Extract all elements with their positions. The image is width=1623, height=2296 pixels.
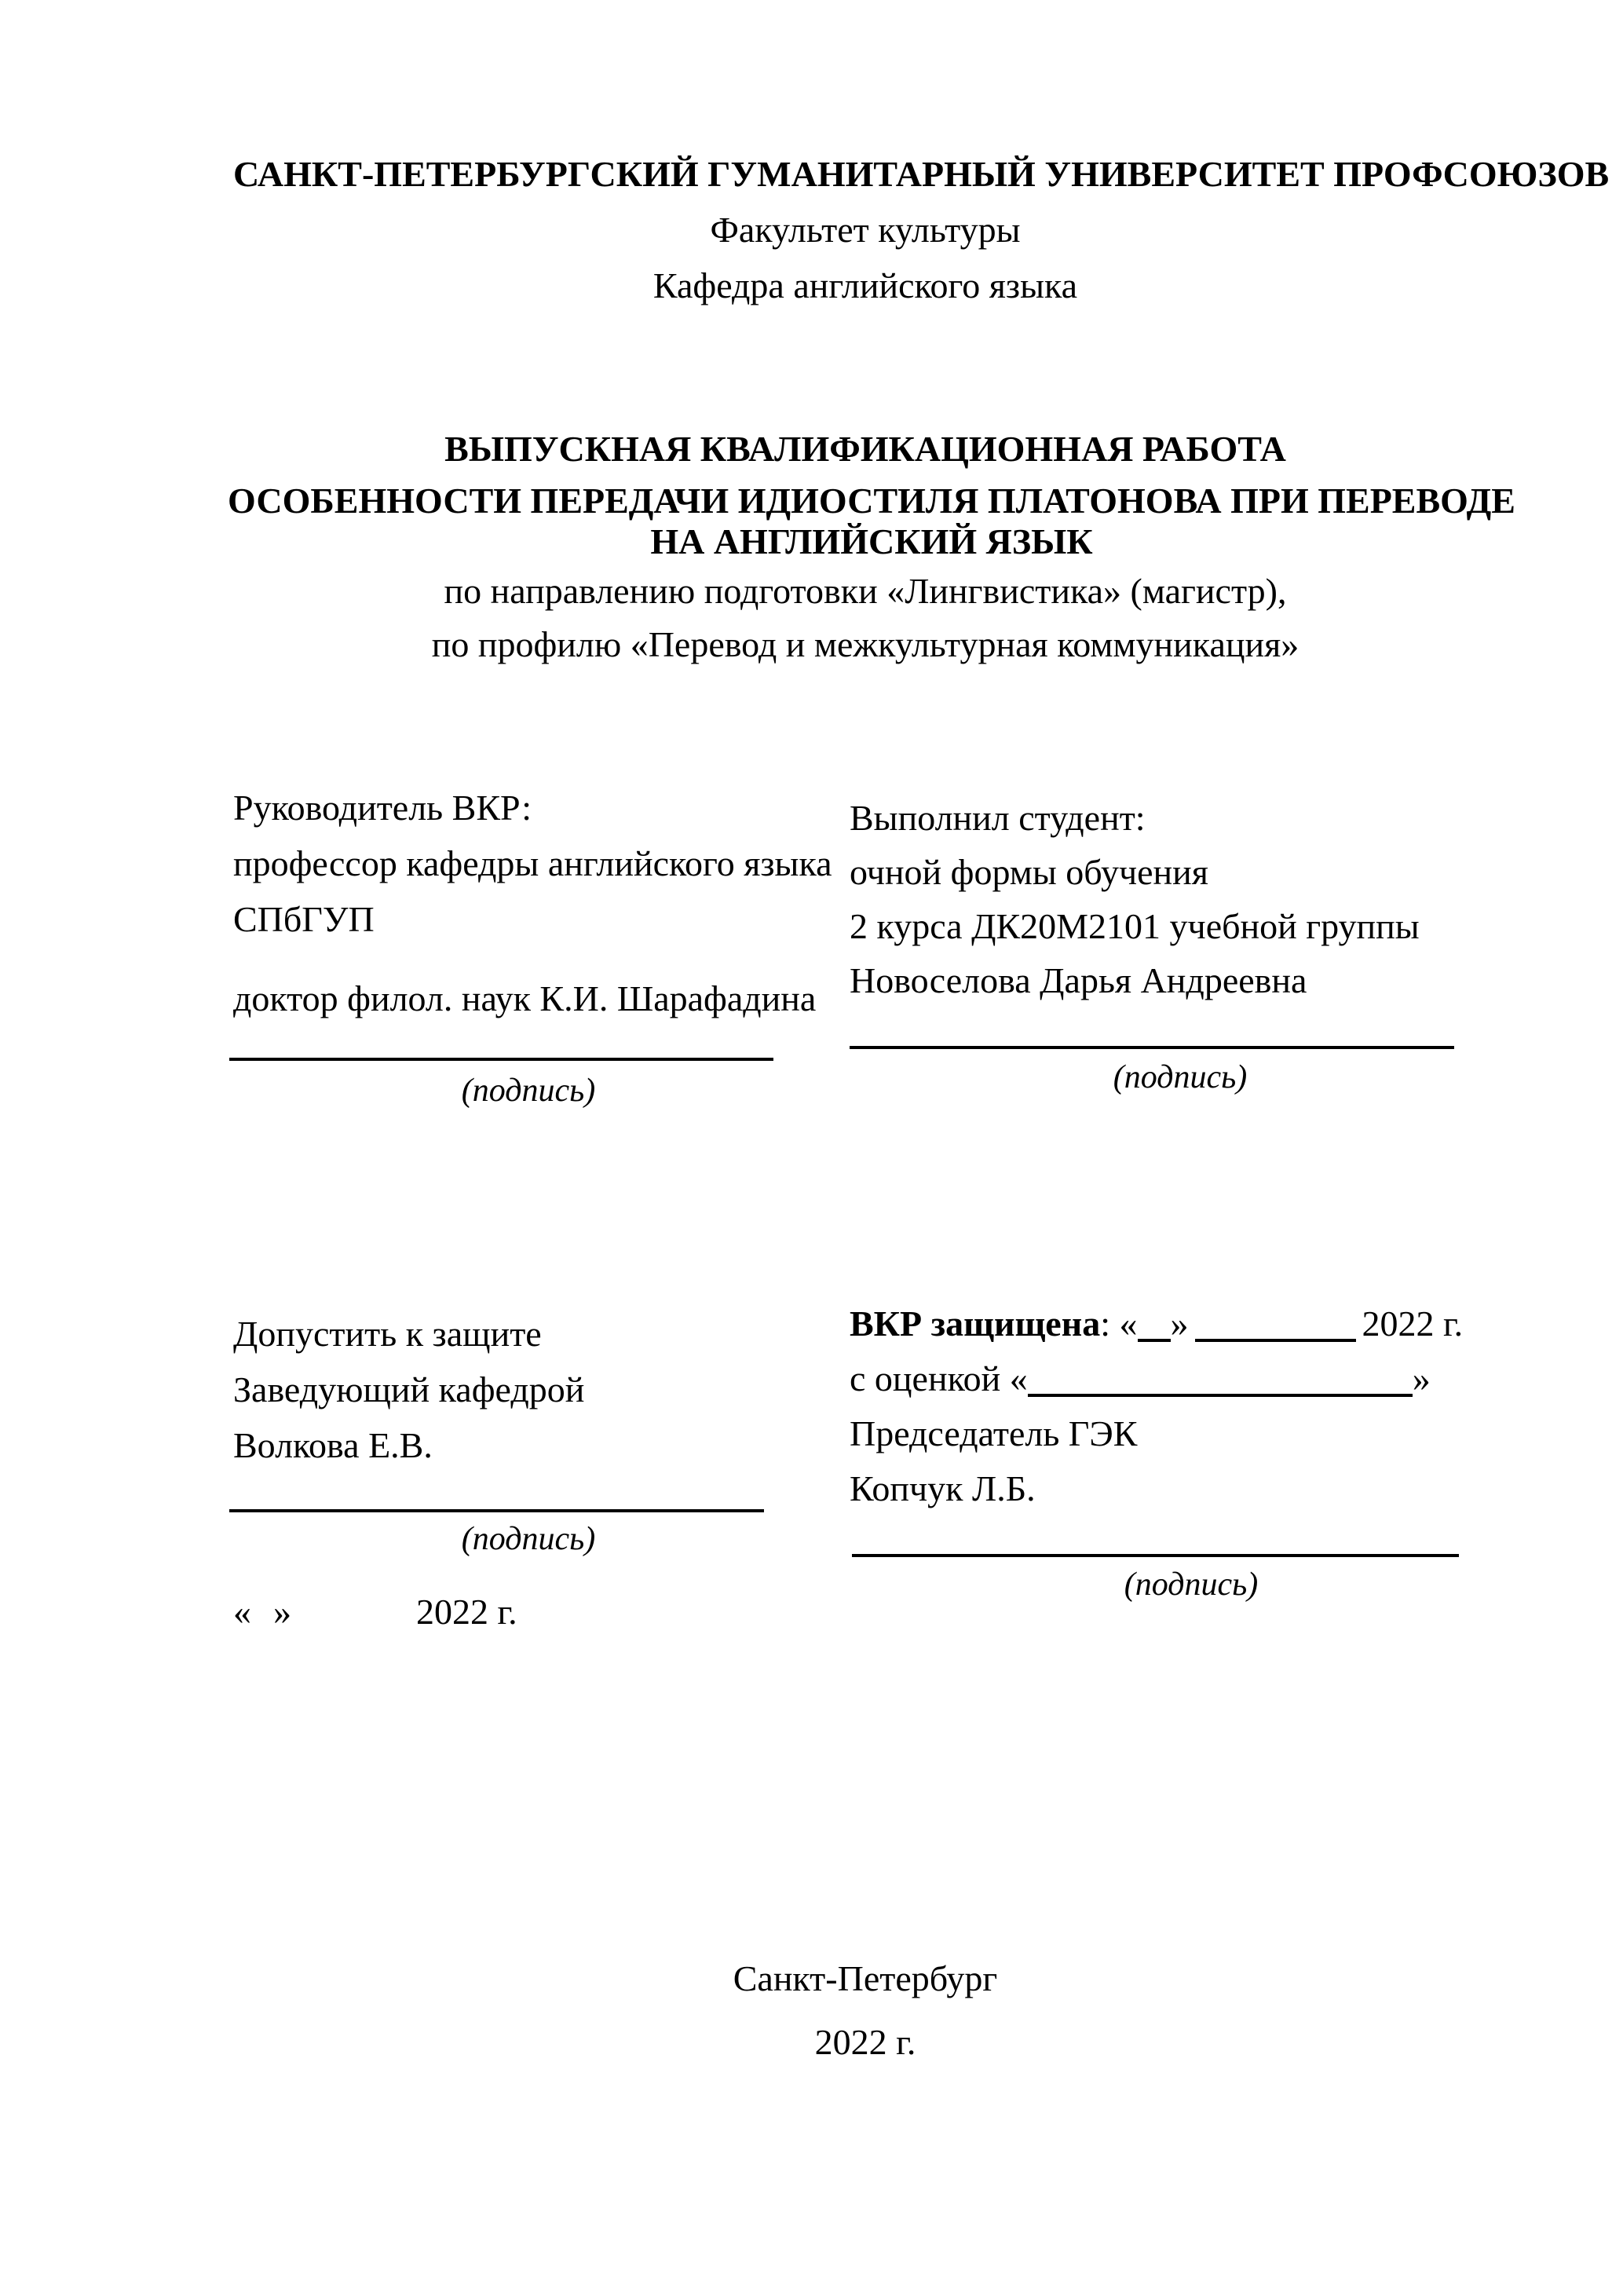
student-study-form: очной формы обучения bbox=[850, 845, 1501, 899]
footer-city: Санкт-Петербург bbox=[233, 1961, 1497, 1997]
defense-year: 2022 г. bbox=[1362, 1303, 1464, 1344]
admission-date-month-gap bbox=[291, 1623, 416, 1624]
student-label: Выполнил студент: bbox=[850, 791, 1501, 845]
admission-block: Допустить к защите Заведующий кафедрой В… bbox=[233, 1306, 885, 1473]
faculty-name: Факультет культуры bbox=[233, 202, 1497, 258]
defense-month-blank bbox=[1195, 1307, 1356, 1342]
defense-day-blank bbox=[1138, 1307, 1171, 1342]
defense-signature-line bbox=[852, 1554, 1459, 1557]
defense-chair-name: Копчук Л.Б. bbox=[850, 1461, 1525, 1516]
supervisor-name: доктор филол. наук К.И. Шарафадина bbox=[233, 971, 885, 1026]
admission-head-name: Волкова Е.В. bbox=[233, 1417, 885, 1473]
student-signature-line bbox=[850, 1046, 1454, 1049]
department-name: Кафедра английского языка bbox=[233, 258, 1497, 313]
defense-defended-label: ВКР защищена bbox=[850, 1303, 1100, 1344]
student-signature-caption: (подпись) bbox=[1062, 1059, 1298, 1095]
supervisor-signature-line bbox=[229, 1058, 773, 1061]
defense-grade-close-quote: » bbox=[1413, 1358, 1431, 1398]
supervisor-block: Руководитель ВКР: профессор кафедры англ… bbox=[233, 780, 885, 1026]
program-line: по направлению подготовки «Лингвистика» … bbox=[233, 563, 1497, 619]
admission-signature-caption: (подпись) bbox=[411, 1521, 646, 1557]
university-name: САНКТ-ПЕТЕРБУРГСКИЙ ГУМАНИТАРНЫЙ УНИВЕРС… bbox=[233, 146, 1497, 202]
defense-grade-blank bbox=[1028, 1362, 1413, 1397]
thesis-title-page: САНКТ-ПЕТЕРБУРГСКИЙ ГУМАНИТАРНЫЙ УНИВЕРС… bbox=[0, 0, 1623, 2296]
defense-block: ВКР защищена: «»2022 г. с оценкой «» Пре… bbox=[850, 1296, 1525, 1516]
admission-date-day-gap bbox=[251, 1623, 273, 1624]
student-block: Выполнил студент: очной формы обучения 2… bbox=[850, 791, 1501, 1007]
defense-colon-open-quote: : « bbox=[1100, 1303, 1137, 1344]
defense-close-quote: » bbox=[1171, 1303, 1189, 1344]
profile-line: по профилю «Перевод и межкультурная комм… bbox=[233, 616, 1497, 672]
admission-date-line: «»2022 г. bbox=[233, 1594, 517, 1630]
defense-date-line: ВКР защищена: «»2022 г. bbox=[850, 1296, 1525, 1351]
thesis-title: ОСОБЕННОСТИ ПЕРЕДАЧИ ИДИОСТИЛЯ ПЛАТОНОВА… bbox=[224, 481, 1519, 562]
defense-chair-line: Председатель ГЭК bbox=[850, 1406, 1525, 1461]
admission-date-open-quote: « bbox=[233, 1592, 251, 1632]
student-name: Новоселова Дарья Андреевна bbox=[850, 953, 1501, 1007]
footer-year: 2022 г. bbox=[233, 2024, 1497, 2060]
document-header: САНКТ-ПЕТЕРБУРГСКИЙ ГУМАНИТАРНЫЙ УНИВЕРС… bbox=[233, 146, 1497, 313]
supervisor-label: Руководитель ВКР: bbox=[233, 780, 885, 835]
admission-signature-line bbox=[229, 1509, 764, 1512]
supervisor-signature-caption: (подпись) bbox=[411, 1073, 646, 1109]
admission-line1: Допустить к защите bbox=[233, 1306, 885, 1362]
admission-date-close-quote: » bbox=[273, 1592, 291, 1632]
supervisor-position: профессор кафедры английского языка bbox=[233, 835, 885, 891]
admission-date-year: 2022 г. bbox=[416, 1592, 517, 1632]
defense-grade-line: с оценкой «» bbox=[850, 1351, 1525, 1406]
work-type-heading: ВЫПУСКНАЯ КВАЛИФИКАЦИОННАЯ РАБОТА bbox=[233, 421, 1497, 477]
admission-line2: Заведующий кафедрой bbox=[233, 1362, 885, 1417]
defense-signature-caption: (подпись) bbox=[1073, 1567, 1309, 1603]
supervisor-organization: СПбГУП bbox=[233, 891, 885, 947]
defense-grade-prefix: с оценкой « bbox=[850, 1358, 1028, 1398]
student-group: 2 курса ДК20М2101 учебной группы bbox=[850, 899, 1501, 953]
